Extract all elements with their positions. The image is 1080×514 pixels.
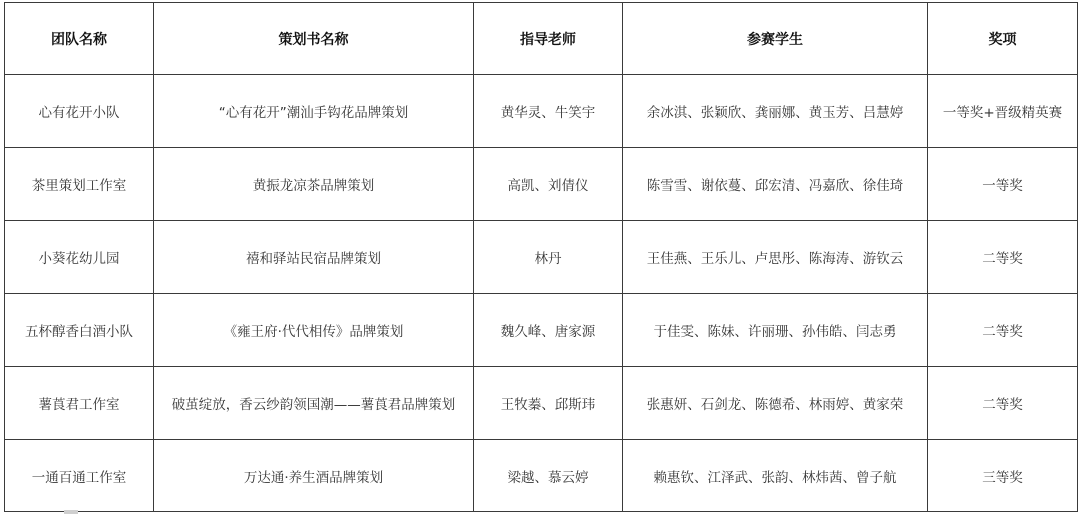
cell-teacher: 黄华灵、牛笑宇 xyxy=(474,75,623,148)
cell-plan-name: 《雍王府·代代相传》品牌策划 xyxy=(154,294,474,367)
cell-teacher: 梁越、慕云婷 xyxy=(474,440,623,512)
cell-teacher: 高凯、刘倩仪 xyxy=(474,148,623,221)
header-students: 参赛学生 xyxy=(623,3,928,75)
cell-plan-name: 黄振龙凉茶品牌策划 xyxy=(154,148,474,221)
cell-award: 二等奖 xyxy=(928,221,1078,294)
table-row: 一通百通工作室 万达通·养生酒品牌策划 梁越、慕云婷 赖惠钦、江泽武、张韵、林炜… xyxy=(5,440,1078,512)
header-plan-name: 策划书名称 xyxy=(154,3,474,75)
award-table: 团队名称 策划书名称 指导老师 参赛学生 奖项 心有花开小队 “心有花开”潮汕手… xyxy=(4,2,1078,512)
cell-plan-name: 万达通·养生酒品牌策划 xyxy=(154,440,474,512)
header-team-name: 团队名称 xyxy=(5,3,154,75)
cell-plan-name: 禧和驿站民宿品牌策划 xyxy=(154,221,474,294)
cell-team-name: 薯莨君工作室 xyxy=(5,367,154,440)
table-row: 茶里策划工作室 黄振龙凉茶品牌策划 高凯、刘倩仪 陈雪雪、谢依蔓、邱宏清、冯嘉欣… xyxy=(5,148,1078,221)
header-teacher: 指导老师 xyxy=(474,3,623,75)
cell-teacher: 林丹 xyxy=(474,221,623,294)
cell-award: 二等奖 xyxy=(928,367,1078,440)
cell-students: 陈雪雪、谢依蔓、邱宏清、冯嘉欣、徐佳琦 xyxy=(623,148,928,221)
cell-teacher: 魏久峰、唐家源 xyxy=(474,294,623,367)
cell-students: 王佳燕、王乐儿、卢思彤、陈海涛、游钦云 xyxy=(623,221,928,294)
cell-team-name: 一通百通工作室 xyxy=(5,440,154,512)
cell-teacher: 王牧蓁、邱斯玮 xyxy=(474,367,623,440)
cell-team-name: 心有花开小队 xyxy=(5,75,154,148)
cell-students: 赖惠钦、江泽武、张韵、林炜茜、曾子航 xyxy=(623,440,928,512)
cell-team-name: 小葵花幼儿园 xyxy=(5,221,154,294)
cell-team-name: 五杯醇香白酒小队 xyxy=(5,294,154,367)
cell-award: 二等奖 xyxy=(928,294,1078,367)
table-row: 心有花开小队 “心有花开”潮汕手钩花品牌策划 黄华灵、牛笑宇 余冰淇、张颖欣、龚… xyxy=(5,75,1078,148)
table-row: 薯莨君工作室 破茧绽放，香云纱韵领国潮——薯莨君品牌策划 王牧蓁、邱斯玮 张惠妍… xyxy=(5,367,1078,440)
header-award: 奖项 xyxy=(928,3,1078,75)
table-row: 五杯醇香白酒小队 《雍王府·代代相传》品牌策划 魏久峰、唐家源 于佳雯、陈妹、许… xyxy=(5,294,1078,367)
cell-team-name: 茶里策划工作室 xyxy=(5,148,154,221)
cell-students: 张惠妍、石剑龙、陈德希、林雨婷、黄家荣 xyxy=(623,367,928,440)
cell-plan-name: 破茧绽放，香云纱韵领国潮——薯莨君品牌策划 xyxy=(154,367,474,440)
cell-award: 一等奖 xyxy=(928,148,1078,221)
page-edge-marker xyxy=(64,510,78,514)
cell-students: 于佳雯、陈妹、许丽珊、孙伟皓、闫志勇 xyxy=(623,294,928,367)
cell-plan-name: “心有花开”潮汕手钩花品牌策划 xyxy=(154,75,474,148)
cell-award: 一等奖+晋级精英赛 xyxy=(928,75,1078,148)
table-row: 小葵花幼儿园 禧和驿站民宿品牌策划 林丹 王佳燕、王乐儿、卢思彤、陈海涛、游钦云… xyxy=(5,221,1078,294)
header-row: 团队名称 策划书名称 指导老师 参赛学生 奖项 xyxy=(5,3,1078,75)
cell-award: 三等奖 xyxy=(928,440,1078,512)
cell-students: 余冰淇、张颖欣、龚丽娜、黄玉芳、吕慧婷 xyxy=(623,75,928,148)
